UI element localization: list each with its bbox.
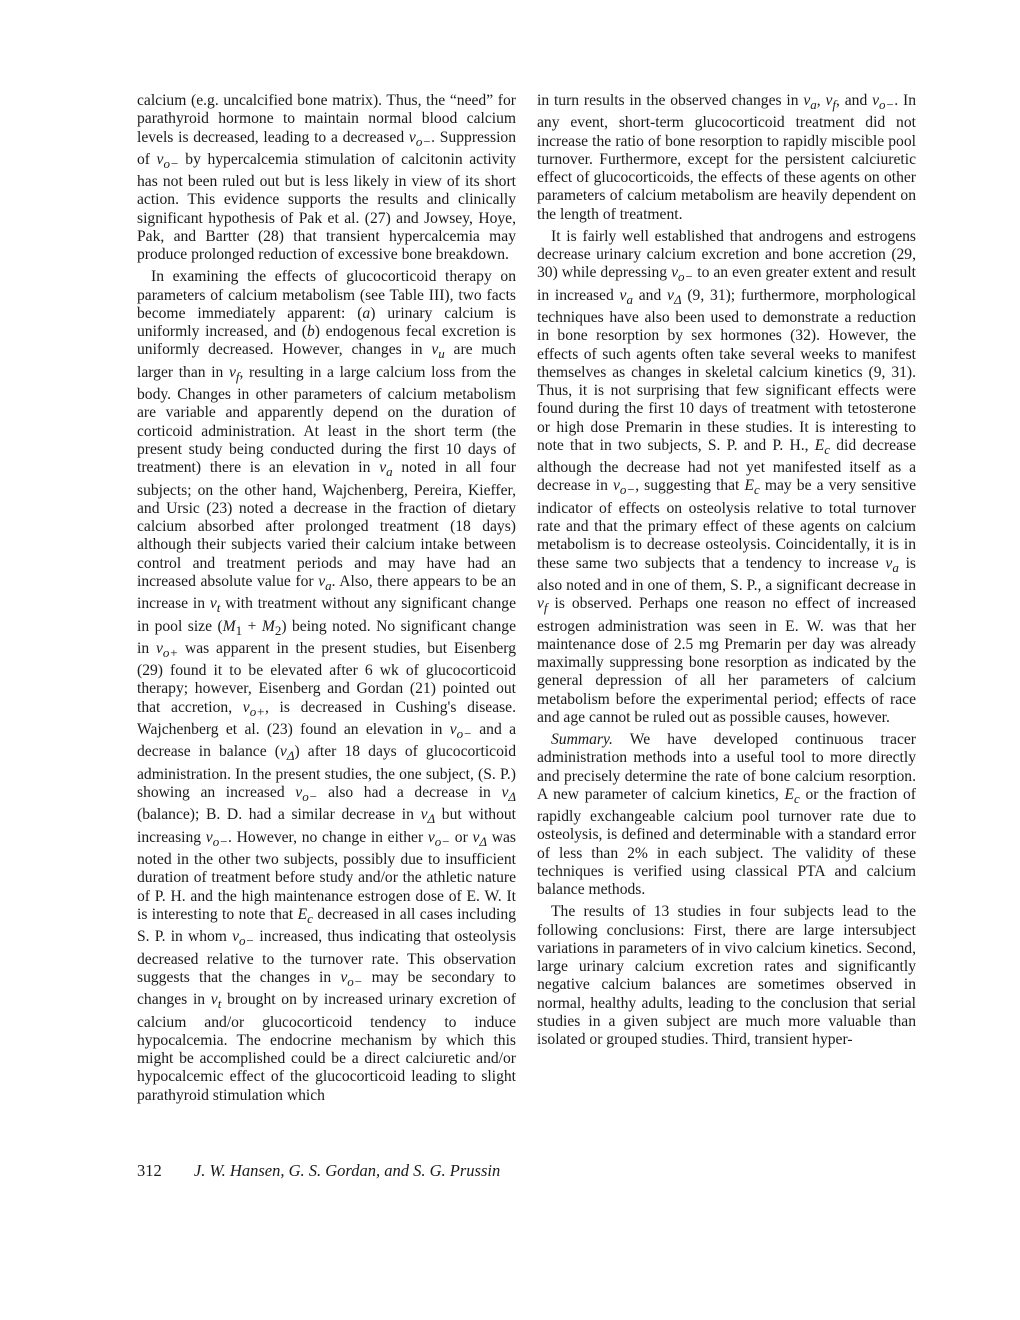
page-footer: 312 J. W. Hansen, G. S. Gordan, and S. G… [137, 1161, 500, 1181]
paragraph-glucocorticoid: In examining the effects of glucocortico… [137, 268, 516, 1104]
page-number: 312 [137, 1161, 162, 1180]
right-column: in turn results in the observed changes … [537, 92, 916, 1049]
left-column: calcium (e.g. uncalcified bone matrix). … [137, 92, 516, 1105]
paragraph-sex-hormones: It is fairly well established that andro… [537, 228, 916, 727]
running-authors: J. W. Hansen, G. S. Gordan, and S. G. Pr… [194, 1161, 500, 1180]
summary-heading: Summary. [551, 731, 613, 748]
paragraph-continuation: calcium (e.g. uncalcified bone matrix). … [137, 92, 516, 264]
paragraph-summary: Summary. We have developed continuous tr… [537, 731, 916, 899]
journal-page: calcium (e.g. uncalcified bone matrix). … [0, 0, 1020, 1320]
paragraph-conclusions: The results of 13 studies in four subjec… [537, 903, 916, 1049]
paragraph-continuation-right: in turn results in the observed changes … [537, 92, 916, 224]
